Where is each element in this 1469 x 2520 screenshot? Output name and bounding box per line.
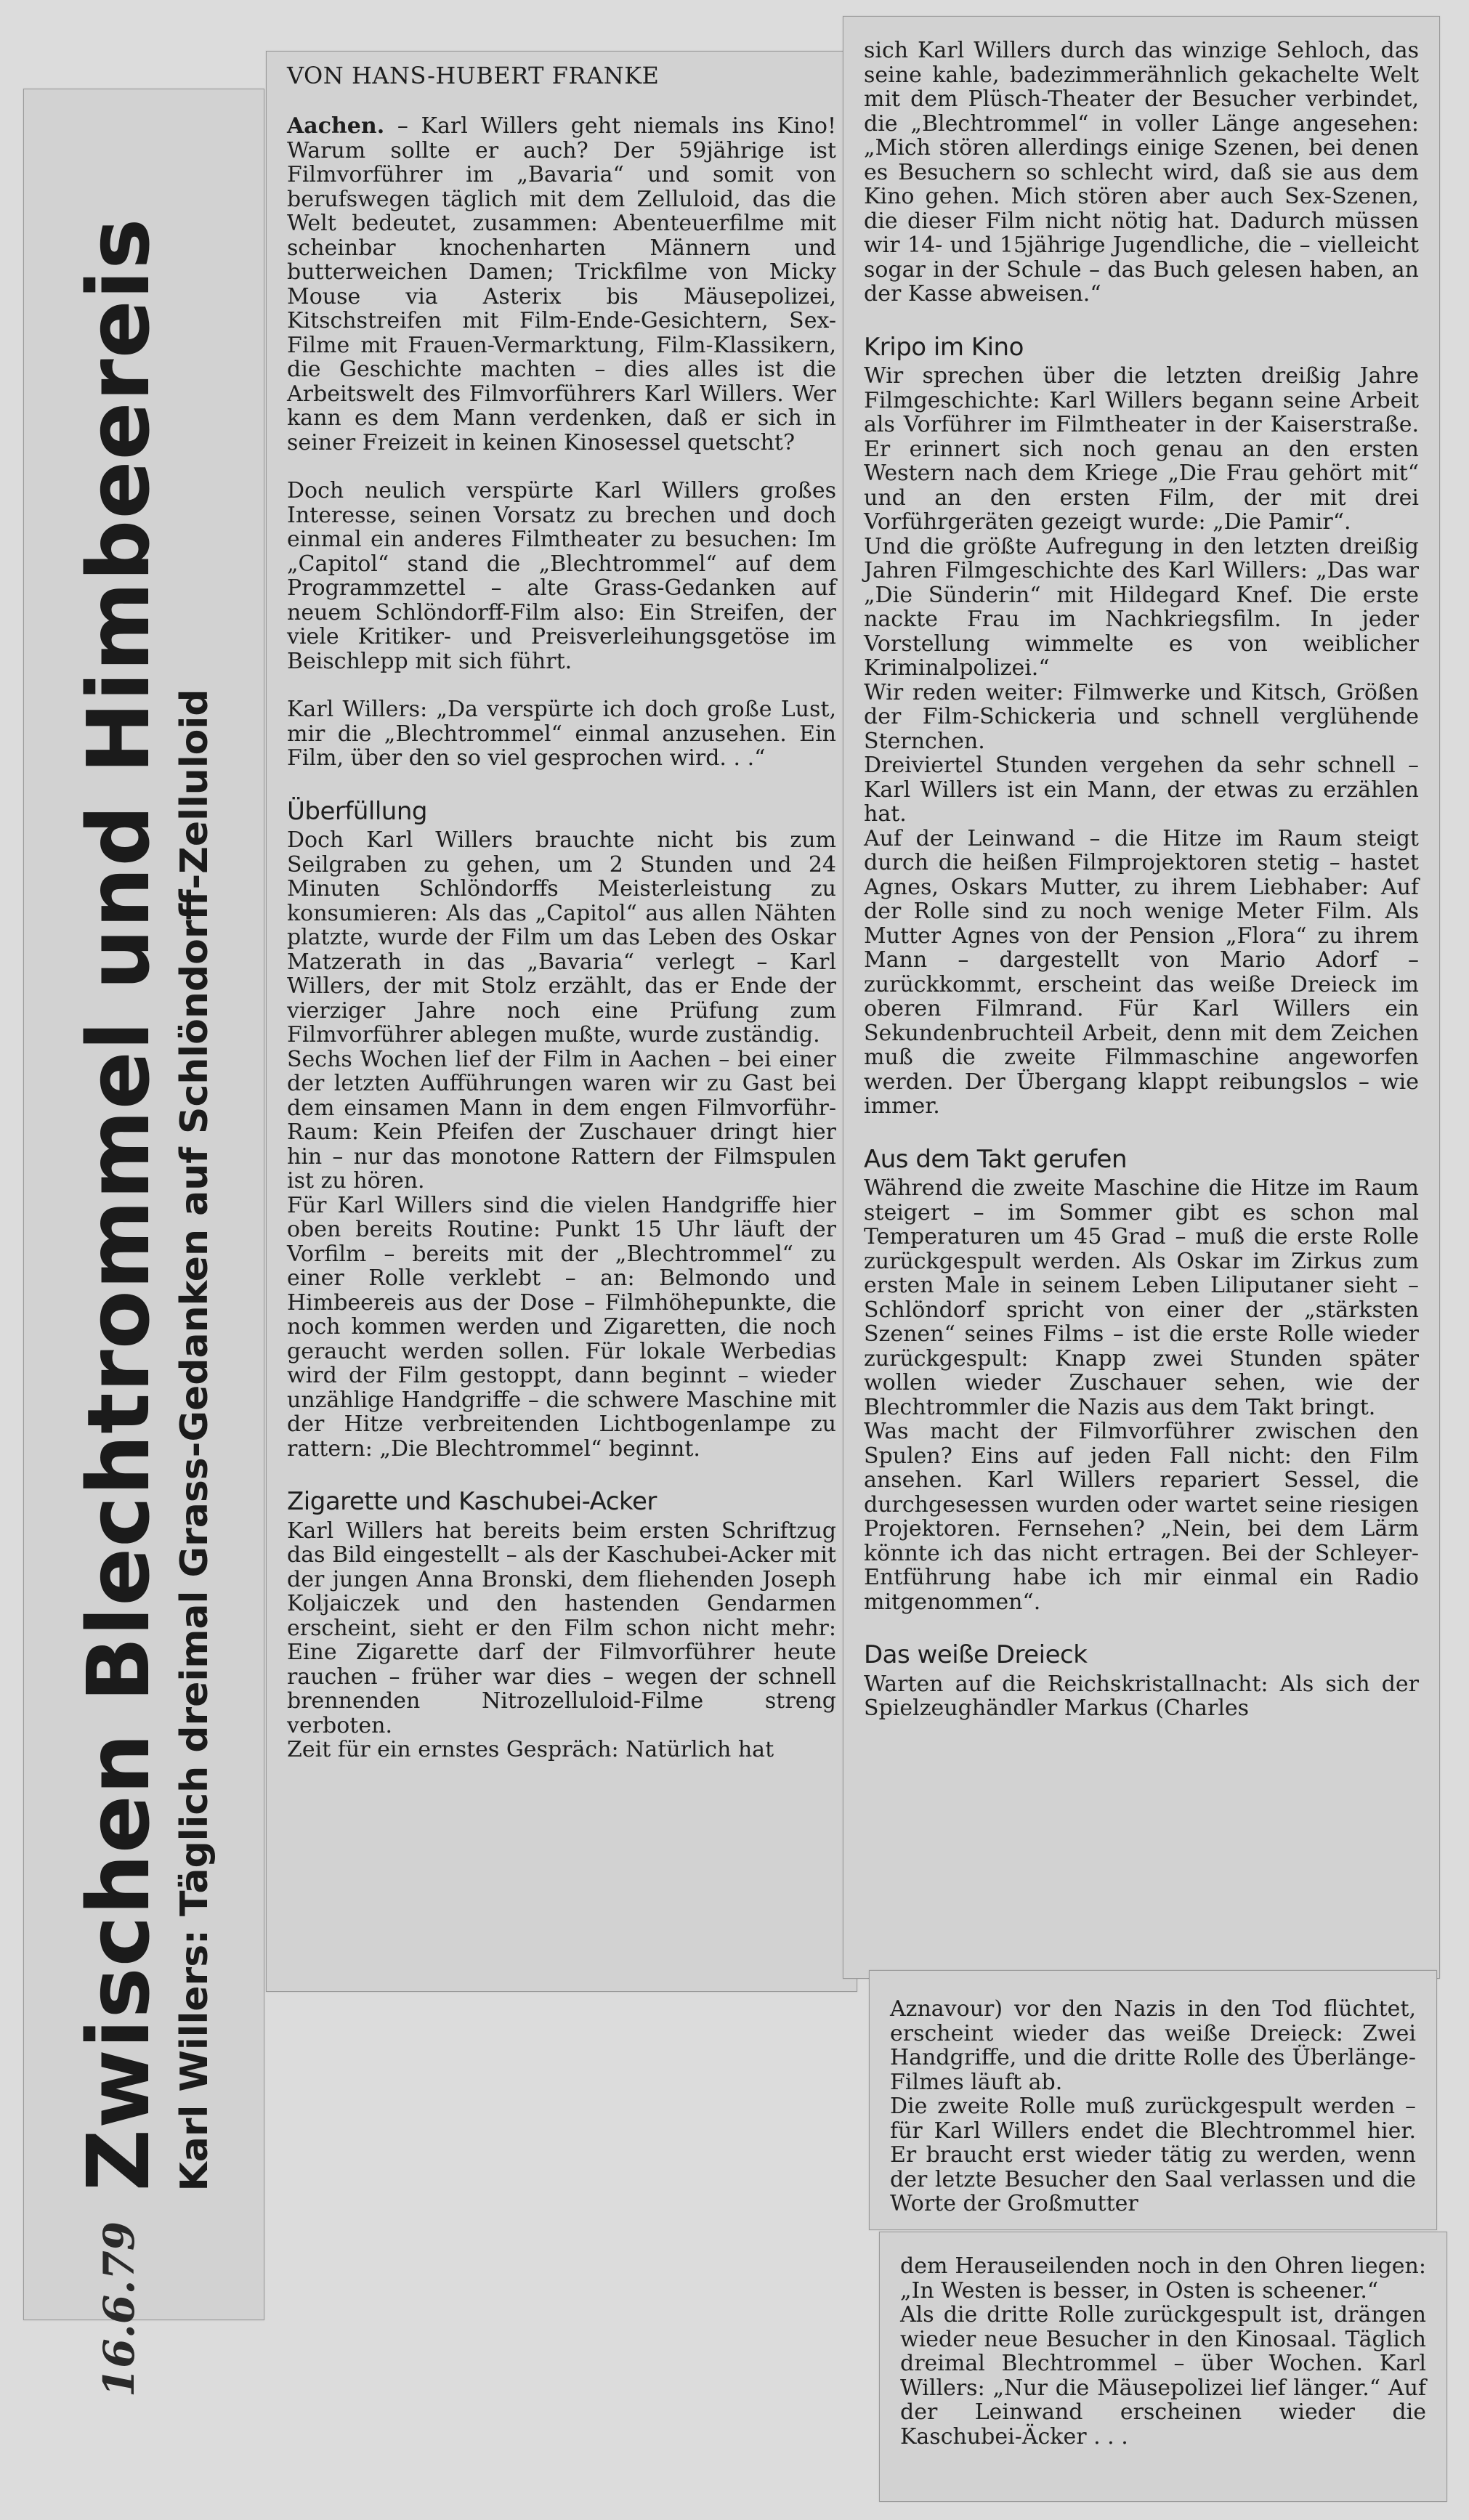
headline-subtitle: Karl Willers: Täglich dreimal Grass-Geda… [169,218,220,2192]
subheading: Aus dem Takt gerufen [864,1148,1419,1172]
paragraph: Auf der Leinwand – die Hitze im Raum ste… [864,827,1419,1119]
paragraph: Während die zweite Maschine die Hitze im… [864,1176,1419,1419]
paragraph: Und die größte Aufregung in den letzten … [864,535,1419,681]
column-2c-text: dem Herauseilenden noch in den Ohren lie… [900,2254,1426,2449]
column-2b-text: Aznavour) vor den Nazis in den Tod flüch… [890,1997,1416,2216]
paragraph: Sechs Wochen lief der Film in Aachen – b… [287,1048,836,1194]
paragraph: Wir reden weiter: Filmwerke und Kitsch, … [864,681,1419,754]
headline-title: Zwischen Blechtrommel und Himbeereis [68,218,169,2192]
paragraph: Für Karl Willers sind die vielen Handgri… [287,1194,836,1462]
article-column-1: VON HANS-HUBERT FRANKE Aachen. – Karl Wi… [266,51,857,1992]
paragraph: Wir sprechen über die letzten dreißig Ja… [864,364,1419,535]
headline-block: Zwischen Blechtrommel und Himbeereis Kar… [68,218,220,2192]
paragraph: Aznavour) vor den Nazis in den Tod flüch… [890,1997,1416,2094]
paragraph: sich Karl Willers durch das winzige Sehl… [864,39,1419,307]
paragraph: dem Herauseilenden noch in den Ohren lie… [900,2254,1426,2303]
subheading: Kripo im Kino [864,336,1419,360]
paragraph: Als die dritte Rolle zurückgespult ist, … [900,2303,1426,2449]
paragraph: Doch neulich verspürte Karl Willers groß… [287,479,836,673]
paragraph: Die zweite Rolle muß zurückgespult werde… [890,2094,1416,2216]
article-column-2-final: dem Herauseilenden noch in den Ohren lie… [879,2232,1447,2502]
paragraph: Warten auf die Reichskristallnacht: Als … [864,1672,1419,1721]
headline-strip: Zwischen Blechtrommel und Himbeereis Kar… [23,89,264,2320]
column-1-text: Aachen. – Karl Willers geht niemals ins … [287,114,836,1762]
paragraph: Dreiviertel Stunden vergehen da sehr sch… [864,753,1419,827]
dateline: Aachen. [287,113,384,139]
paragraph: Was macht der Filmvorführer zwischen den… [864,1419,1419,1614]
article-column-2-continued: Aznavour) vor den Nazis in den Tod flüch… [869,1970,1437,2230]
article-column-2: sich Karl Willers durch das winzige Sehl… [843,16,1440,1979]
paragraph: Karl Willers hat bereits beim ersten Sch… [287,1519,836,1738]
handwritten-date: 16.6.79 [94,2221,144,2397]
paragraph: Zeit für ein ernstes Gespräch: Natürlich… [287,1738,836,1762]
byline: VON HANS-HUBERT FRANKE [287,62,836,89]
paragraph: Doch Karl Willers brauchte nicht bis zum… [287,828,836,1048]
subheading: Überfüllung [287,800,836,825]
lead-paragraph: Aachen. – Karl Willers geht niemals ins … [287,114,836,455]
lead-text: – Karl Willers geht niemals ins Kino! Wa… [287,113,836,455]
paragraph: Karl Willers: „Da verspürte ich doch gro… [287,697,836,771]
subheading: Zigarette und Kaschubei-Acker [287,1490,836,1515]
subheading: Das weiße Dreieck [864,1643,1419,1668]
column-2-text: sich Karl Willers durch das winzige Sehl… [864,39,1419,1721]
